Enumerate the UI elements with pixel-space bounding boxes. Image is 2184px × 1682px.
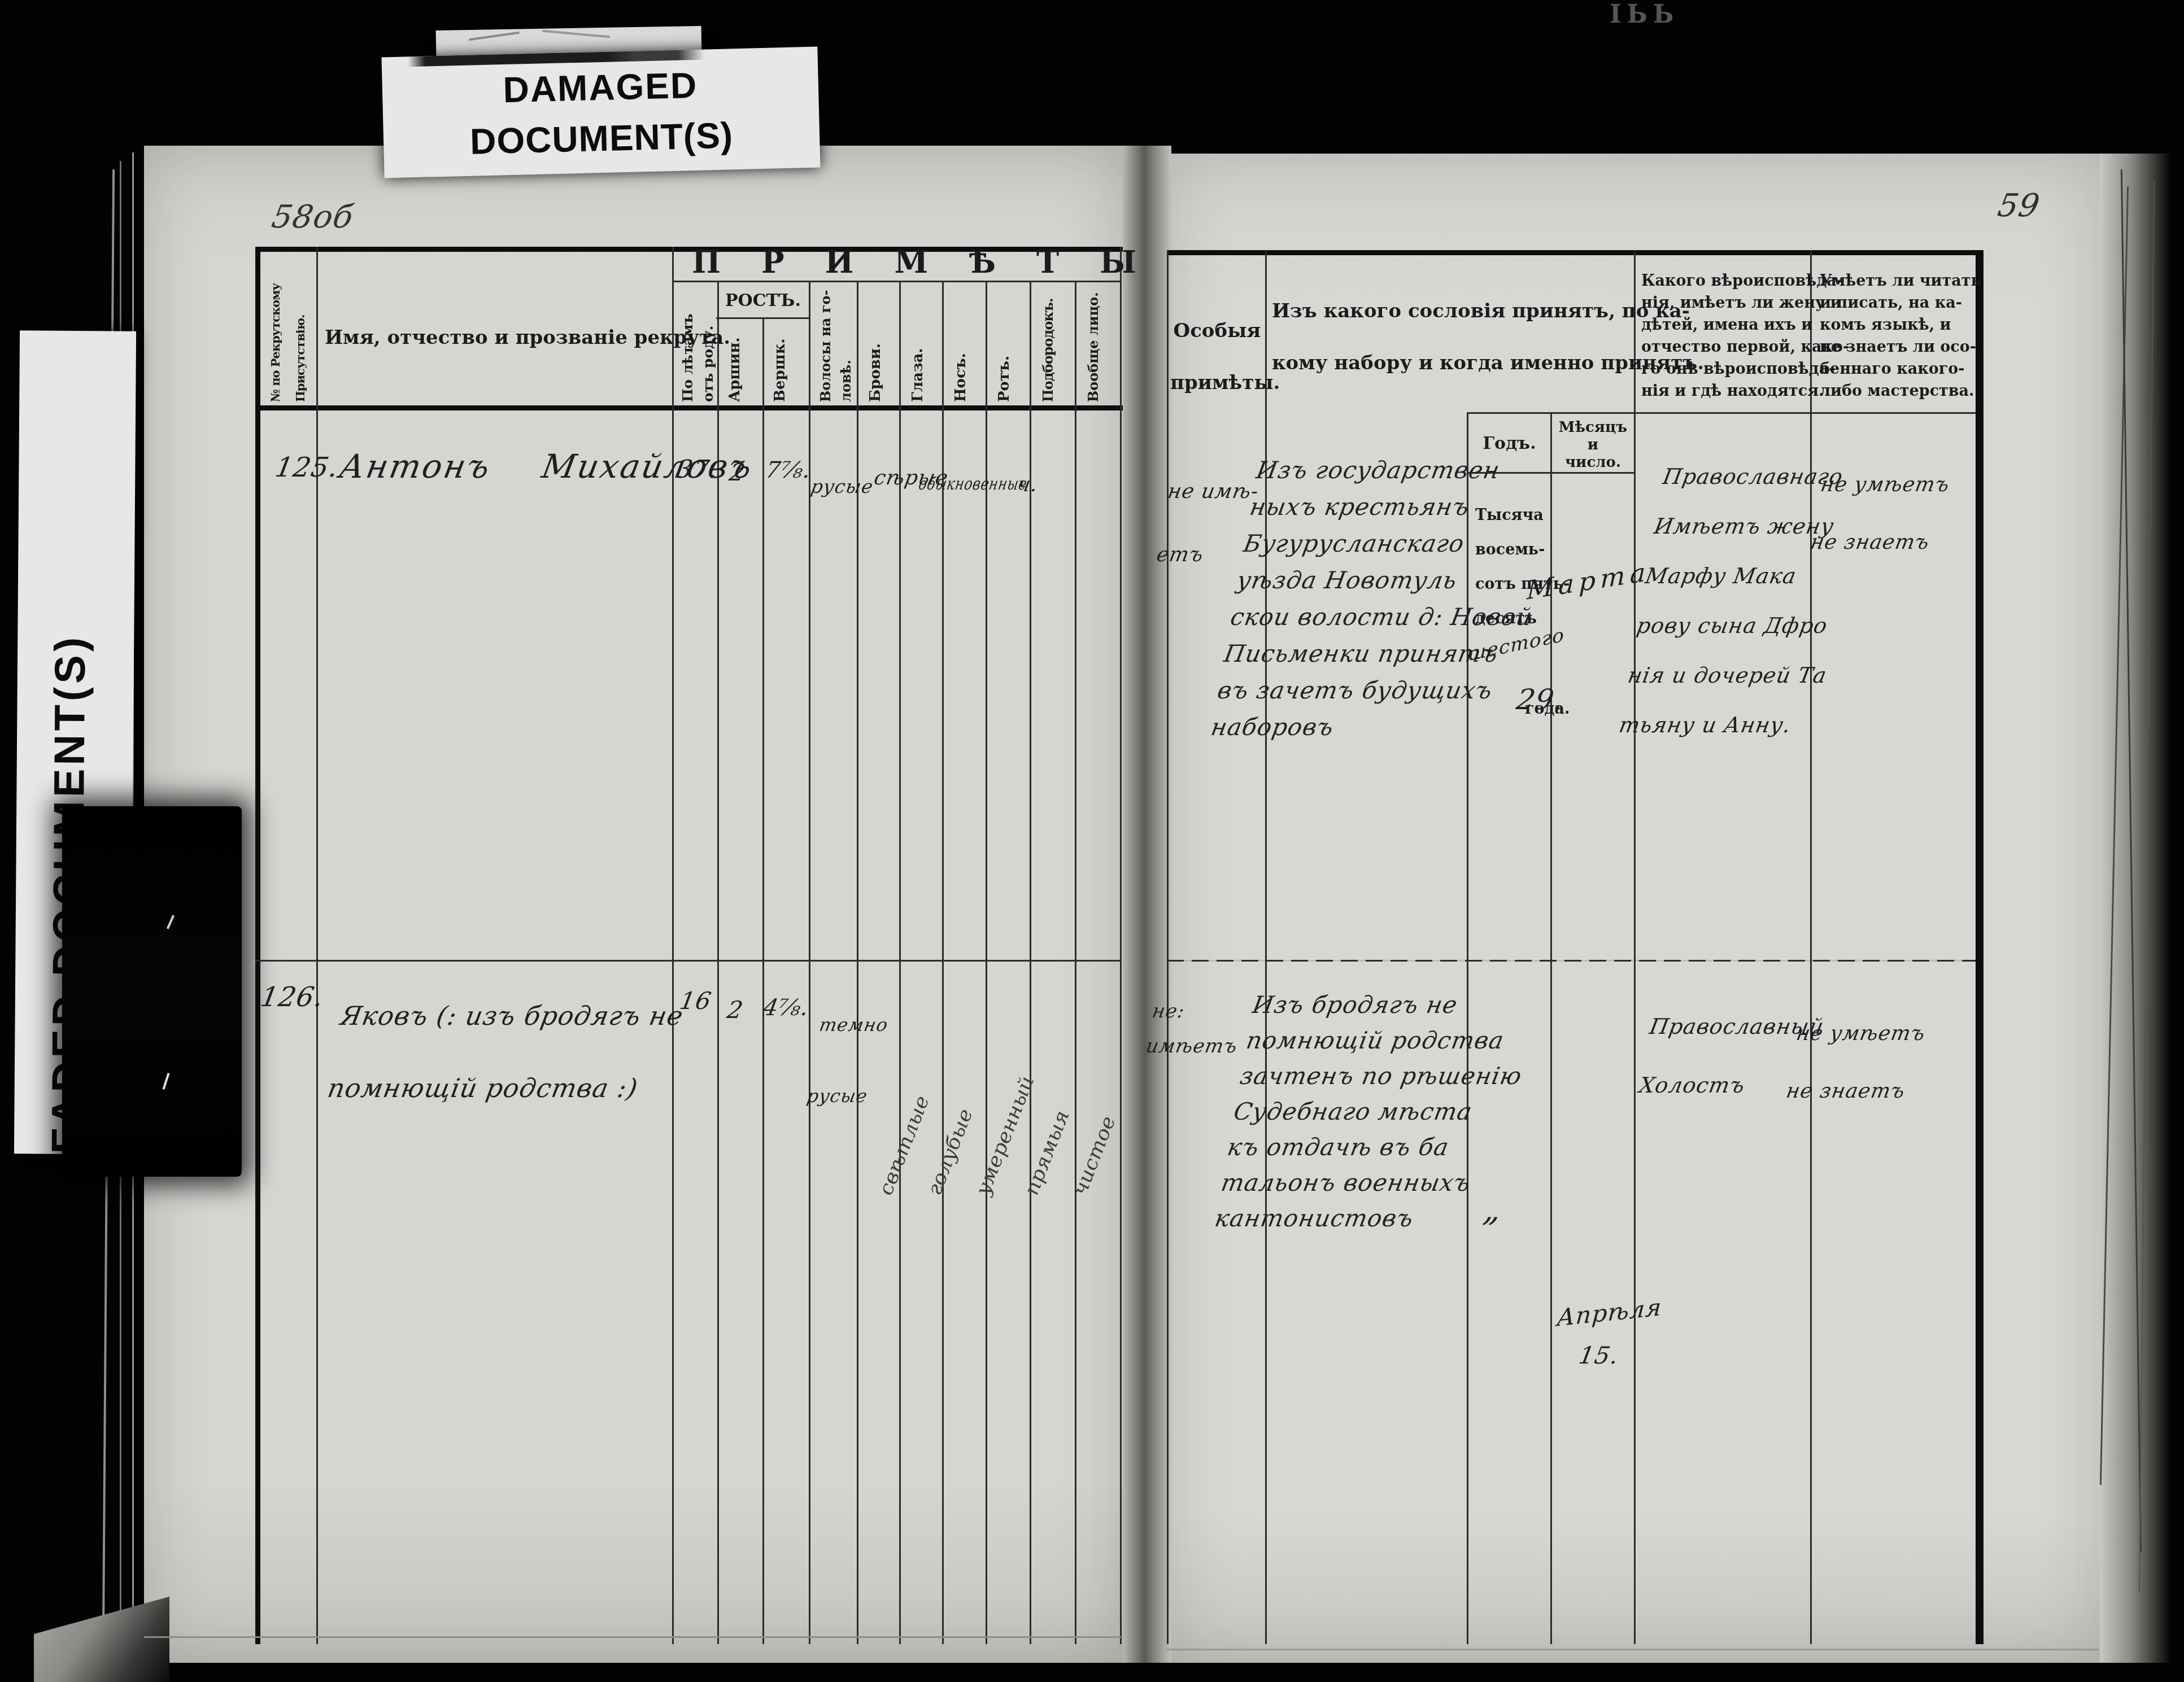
entry125-literacy-line-0: не умѣетъ <box>1816 456 1954 514</box>
literacy-header-line-5: либо мастерства. <box>1820 380 1973 402</box>
entry126-description-diagonals: свѣтлыеголубыеумеренныйпрямыячистое <box>863 960 1134 1468</box>
hair-line-0: Волосы на го- <box>816 286 836 402</box>
entry126-literacy-line-1: не знаетъ <box>1781 1063 1920 1120</box>
right-page-number: 59 <box>1995 187 2043 224</box>
entry125-estate-line-2: Бугурусланскаго <box>1240 525 1548 562</box>
entry126-special-line-0: не: <box>1149 994 1246 1029</box>
estate-header-line-0: Изъ какого сословія принятъ, по ка- <box>1272 285 1633 337</box>
religion-header: Какого вѣроисповѣда-нія, имѣетъ ли жену … <box>1641 270 1808 402</box>
entry125-vershok: 7⅞. <box>764 457 813 483</box>
literacy-header-line-0: Умѣетъ ли читать <box>1820 270 1973 292</box>
grid-v <box>809 281 810 1644</box>
entry126-day: 15. <box>1577 1342 1621 1369</box>
month-subheader: Мѣсяцъичисло. <box>1552 419 1634 471</box>
entry125-estate: Изъ государственныхъ крестьянъБугуруслан… <box>1208 452 1561 745</box>
literacy-header-line-3: не знаетъ ли осо- <box>1820 336 1973 358</box>
page-bottom-edge <box>1167 1649 2099 1650</box>
religion-header-line-2: дѣтей, имена ихъ и <box>1641 314 1808 336</box>
entry126-diagonal-word-0: свѣтлые <box>874 1093 934 1198</box>
month-header-line-2: число. <box>1552 454 1634 471</box>
literacy-header-line-4: беннаго какого- <box>1820 358 1973 380</box>
rost-header: РОСТЪ. <box>717 291 809 311</box>
entry126-estate-line-0: Изъ бродягъ не <box>1250 987 1537 1023</box>
entry125-estate-line-6: въ зачетъ будущихъ <box>1215 672 1523 709</box>
grid-v <box>1167 250 1169 1644</box>
entry126-special-line-1: имѣетъ <box>1143 1029 1240 1064</box>
top-faint-mark: ІЬЬ <box>1610 0 1679 29</box>
entry126-diagonal-word-1: голубые <box>923 1107 978 1198</box>
entry126-estate-line-4: къ отдачѣ въ ба <box>1224 1129 1512 1165</box>
special-header-line-0: Особыя <box>1170 305 1264 357</box>
estate-header: Изъ какого сословія принятъ, по ка-кому … <box>1272 285 1633 389</box>
table-border-top-right <box>1167 250 1984 255</box>
damaged-sticker: DAMAGED DOCUMENT(S) <box>382 47 821 178</box>
entry125-literacy: не умѣетъне знаетъ <box>1806 456 1954 571</box>
literacy-header-line-1: и писать, на ка- <box>1820 292 1973 314</box>
year-subheader: Годъ. <box>1468 434 1550 453</box>
entry126-estate-line-1: помнющій родства <box>1244 1023 1531 1058</box>
header-bottom-rule-left <box>255 405 1123 410</box>
hair-line-1: ловѣ. <box>836 286 856 402</box>
age-line-1: отъ роду. <box>698 289 718 402</box>
entry125-hair: русые <box>809 475 875 497</box>
entry125-literacy-line-1: не знаетъ <box>1806 514 1944 571</box>
month-header-line-0: Мѣсяцъ <box>1552 419 1634 436</box>
entry125-day: 29. <box>1514 683 1567 716</box>
entry126-vershok: 4⅞. <box>761 995 811 1021</box>
religion-header-line-1: нія, имѣетъ ли жену и <box>1641 292 1808 314</box>
grid-v <box>762 317 764 1644</box>
entry126-estate-line-2: зачтенъ по рѣшенію <box>1237 1058 1525 1094</box>
entry126-diagonal-word-3: прямыя <box>1020 1108 1074 1198</box>
entry126-name-line-0: Яковъ (: изъ бродягъ не <box>334 980 690 1052</box>
entry126-literacy-line-0: не умѣетъ <box>1791 1005 1930 1063</box>
primety-title: ПРИМѢТЫ <box>692 244 1177 280</box>
entry125-number: 125. <box>273 452 341 483</box>
table-border-left <box>255 247 260 1644</box>
name-column-header: Имя, отчество и прозваніе рекрута. <box>325 326 669 349</box>
entry125-estate-line-0: Изъ государствен <box>1253 452 1561 488</box>
entry126-estate-line-5: тальонъ военныхъ <box>1218 1165 1506 1200</box>
entry126-special-marks: не:имѣетъ <box>1143 994 1246 1064</box>
entry126-name: Яковъ (: изъ бродягъ непомнющій родства … <box>321 980 689 1124</box>
recruit-no-line-0: № по Рекрутскому <box>263 254 288 402</box>
special-header-line-1: примѣты. <box>1170 357 1264 409</box>
entry125-estate-line-4: скои волости д: Новой <box>1228 598 1536 635</box>
entry126-number: 126. <box>258 981 326 1013</box>
entry125-estate-line-1: ныхъ крестьянъ <box>1247 488 1555 525</box>
recruit-no-line-1: Присутствію. <box>288 254 313 402</box>
month-header-line-1: и <box>1552 436 1634 454</box>
entry125-religion-line-3: рову сына Дфро <box>1632 601 1839 650</box>
entry126-literacy: не умѣетъне знаетъ <box>1781 1005 1930 1120</box>
entry126-estate-line-6: кантонистовъ <box>1212 1200 1499 1236</box>
entry126-estate-line-3: Судебнаго мѣста <box>1231 1094 1518 1129</box>
left-page-number: 58об <box>269 199 356 235</box>
religion-header-line-3: отчество первой, како- <box>1641 336 1808 358</box>
entry126-age: 16 <box>678 987 714 1015</box>
age-line-0: По лѣтамъ <box>678 289 698 402</box>
literacy-header-line-2: комъ языкѣ, и <box>1820 314 1973 336</box>
entry126-diagonal-word-4: чистое <box>1069 1114 1121 1198</box>
entry125-religion-line-5: тьяну и Анну. <box>1615 700 1822 750</box>
estate-header-line-1: кому набору и когда именно принятъ. <box>1272 337 1633 389</box>
entry126-name-line-1: помнющій родства :) <box>321 1052 677 1124</box>
table-border-right <box>1976 250 1984 1644</box>
entry125-face-mark: ч. <box>1015 473 1040 496</box>
entry125-features: обыкновенные <box>917 474 1029 494</box>
entry125-estate-line-3: уѣзда Новотуль <box>1234 562 1542 598</box>
damaged-sticker-line2: DOCUMENT(S) <box>383 112 820 165</box>
page-bottom-edge <box>144 1636 1121 1638</box>
special-marks-header: Особыяпримѣты. <box>1170 305 1264 409</box>
religion-header-line-4: го онѣ вѣроисповѣда- <box>1641 358 1808 380</box>
entry125-estate-line-7: наборовъ <box>1208 709 1516 745</box>
right-header-underline <box>1467 412 1976 414</box>
entry125-age: 37. <box>674 455 721 484</box>
entry125-religion-line-4: нія и дочерей Та <box>1624 650 1831 700</box>
grid-v <box>1634 250 1636 1644</box>
damaged-sticker-line1: DAMAGED <box>382 62 819 114</box>
row-separator-right <box>1167 960 1976 962</box>
religion-header-line-5: нія и гдѣ находятся. <box>1641 380 1808 402</box>
literacy-header: Умѣетъ ли читатьи писать, на ка-комъ язы… <box>1820 270 1973 402</box>
right-page-edge <box>2100 154 2169 1663</box>
black-clip <box>62 806 242 1177</box>
religion-header-line-0: Какого вѣроисповѣда- <box>1641 270 1808 292</box>
scanned-register-spread: DAMAGED DOCUMENT(S) FADED DOCUMENT(S) 58… <box>0 0 2184 1682</box>
primety-underline <box>672 281 1122 282</box>
